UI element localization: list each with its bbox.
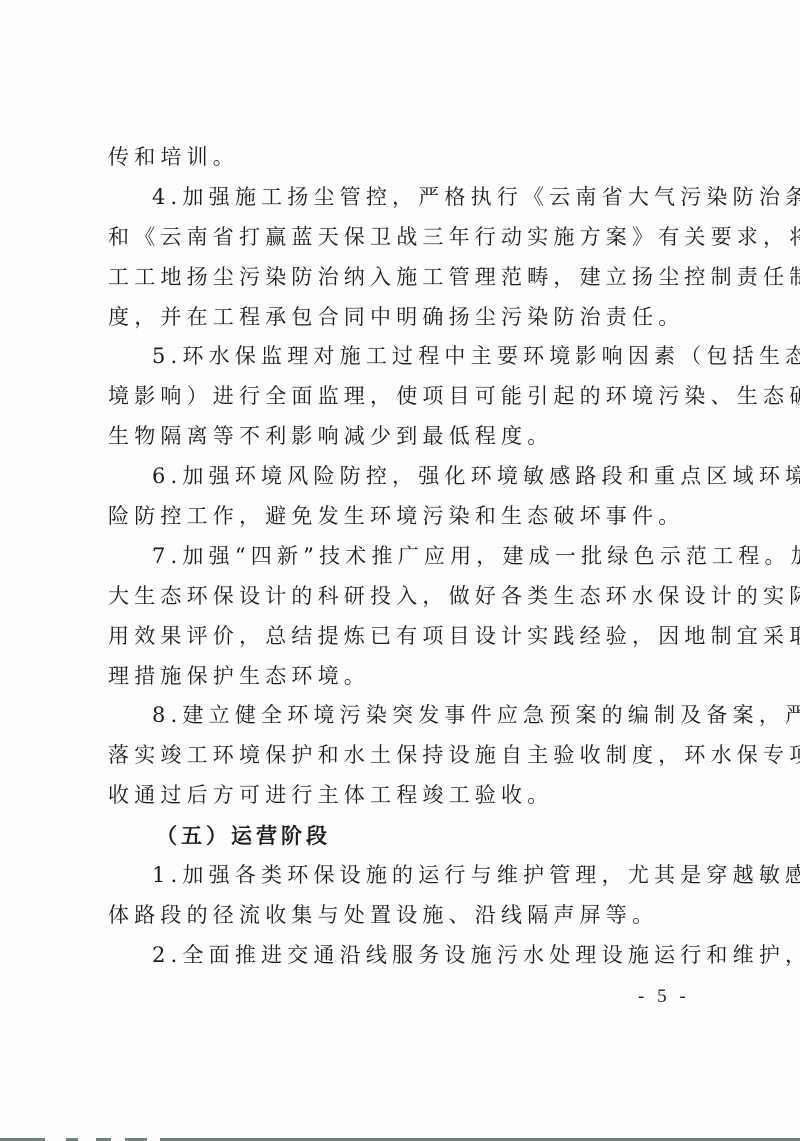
- paragraph-item-1: 1.加强各类环保设施的运行与维护管理，尤其是穿越敏感水: [108, 856, 704, 896]
- paragraph-item-7: 7.加强“四新”技术推广应用，建成一批绿色示范工程。加: [108, 537, 704, 577]
- page-number: - 5 -: [638, 986, 690, 1008]
- text-line: 落实竣工环境保护和水土保持设施自主验收制度，环水保专项验: [108, 736, 704, 776]
- paragraph-item-8: 8.建立健全环境污染突发事件应急预案的编制及备案，严格: [108, 696, 704, 736]
- text-line: 工工地扬尘污染防治纳入施工管理范畴，建立扬尘控制责任制: [108, 258, 704, 298]
- paragraph-item-6: 6.加强环境风险防控，强化环境敏感路段和重点区域环境风: [108, 457, 704, 497]
- text-line: 传和培训。: [108, 138, 704, 178]
- document-page: 传和培训。 4.加强施工扬尘管控，严格执行《云南省大气污染防治条例》 和《云南省…: [0, 0, 800, 1141]
- text-line: 境影响）进行全面监理，使项目可能引起的环境污染、生态破坏、: [108, 377, 704, 417]
- text-line: 生物隔离等不利影响减少到最低程度。: [108, 417, 704, 457]
- paragraph-item-4: 4.加强施工扬尘管控，严格执行《云南省大气污染防治条例》: [108, 178, 704, 218]
- text-line: 大生态环保设计的科研投入，做好各类生态环水保设计的实际使: [108, 577, 704, 617]
- section-heading-operation-stage: （五）运营阶段: [108, 816, 704, 856]
- text-line: 理措施保护生态环境。: [108, 657, 704, 697]
- document-body: 传和培训。 4.加强施工扬尘管控，严格执行《云南省大气污染防治条例》 和《云南省…: [108, 138, 704, 976]
- paragraph-item-2: 2.全面推进交通沿线服务设施污水处理设施运行和维护，实: [108, 936, 704, 976]
- text-line: 用效果评价，总结提炼已有项目设计实践经验，因地制宜采取合: [108, 617, 704, 657]
- text-line: 度，并在工程承包合同中明确扬尘污染防治责任。: [108, 298, 704, 338]
- text-line: 险防控工作，避免发生环境污染和生态破坏事件。: [108, 497, 704, 537]
- paragraph-item-5: 5.环水保监理对施工过程中主要环境影响因素（包括生态环: [108, 337, 704, 377]
- text-line: 和《云南省打赢蓝天保卫战三年行动实施方案》有关要求，将施: [108, 218, 704, 258]
- text-line: 收通过后方可进行主体工程竣工验收。: [108, 776, 704, 816]
- text-line: 体路段的径流收集与处置设施、沿线隔声屏等。: [108, 896, 704, 936]
